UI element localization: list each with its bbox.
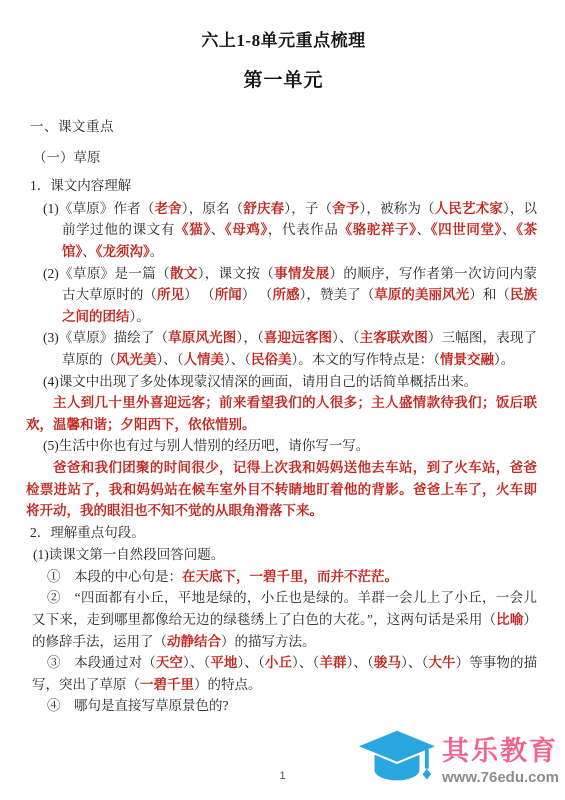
answer-text: 《四世同堂》: [431, 222, 502, 237]
answer-text: 民俗美: [251, 352, 292, 367]
document-page: 六上1-8单元重点梳理 第一单元 一、课文重点（一）草原1．课文内容理解(1)《…: [0, 0, 565, 800]
answer-text: 草原风光图: [168, 330, 236, 345]
body-text: ）、（: [332, 330, 359, 345]
numbered-heading: 2．理解重点句段。: [30, 522, 537, 544]
answer-text: 老舍: [154, 201, 181, 216]
body-text: 2．理解重点句段。: [30, 525, 145, 540]
list-item: (5)生活中你也有过与别人惜别的经历吧，请你写一写。: [30, 435, 537, 457]
answer-text: 主人到几十里外喜迎远客；前来看望我们的人很多；主人盛情款待我们；饭后联欢，温馨和…: [26, 395, 537, 432]
answer-text: 草原的美丽风光: [374, 287, 469, 302]
answer-text: 喜迎远客图: [264, 330, 332, 345]
answer-text: 人情美: [184, 352, 225, 367]
body-text: ），子（: [284, 201, 332, 216]
answer-text: 天空: [156, 655, 183, 670]
body-text: ）的描写方法。: [221, 634, 316, 649]
body-text: （一）草原: [33, 150, 101, 165]
body-text: ）和（: [469, 287, 510, 302]
sub-item: ③ 本段通过对（天空）、（平地）、（小丘）、（羊群）、（骏马）、（大牛）等事物的…: [30, 652, 537, 695]
body-text: ）、（: [157, 352, 184, 367]
list-item: (2)《草原》是一篇（散文），课文按（事情发展）的顺序，写作者第一次访问内蒙古大…: [30, 263, 537, 328]
answer-text: 风光美: [116, 352, 157, 367]
body-text: ）、（: [238, 655, 265, 670]
answer-text: 所见: [157, 287, 184, 302]
body-text: ）。: [130, 309, 150, 324]
sub-item: ④ 哪句是直接写草原景色的?: [30, 695, 537, 717]
section-heading: 一、课文重点: [30, 116, 537, 138]
list-item: (1)《草原》作者（老舍），原名（舒庆春），子（舍予），被称为（人民艺术家），以…: [30, 198, 537, 263]
answer-text: 小丘: [265, 655, 292, 670]
subsection-heading: （一）草原: [30, 147, 537, 169]
body-text: ）、（: [347, 655, 374, 670]
list-item: (3)《草原》描绘了（草原风光图），（喜迎远客图）、（主客联欢图）三幅图，表现了…: [30, 327, 537, 370]
body-text: (4)课文中出现了多处体现蒙汉情深的画面，请用自己的话简单概括出来。: [43, 374, 477, 389]
body-text: 、: [82, 244, 96, 259]
answer-text: 人民艺术家: [435, 201, 503, 216]
body-text: (3)《草原》描绘了（: [43, 330, 168, 345]
answer-text: 比喻: [496, 612, 523, 627]
body-text: ④ 哪句是直接写草原景色的?: [47, 698, 229, 713]
answer-paragraph: 主人到几十里外喜迎远客；前来看望我们的人很多；主人盛情款待我们；饭后联欢，温馨和…: [26, 392, 537, 435]
document-body: 一、课文重点（一）草原1．课文内容理解(1)《草原》作者（老舍），原名（舒庆春）…: [30, 116, 537, 717]
graduation-cap-icon: [358, 730, 436, 792]
body-text: ① 本段的中心句是：: [47, 569, 182, 584]
answer-text: 《骆驼祥子》: [339, 222, 417, 237]
body-text: ），课文按（: [198, 266, 274, 281]
answer-text: 动静结合: [167, 634, 221, 649]
answer-text: 骏马: [374, 655, 401, 670]
list-item: (4)课文中出现了多处体现蒙汉情深的画面，请用自己的话简单概括出来。: [30, 371, 537, 393]
body-text: ），赞美了（: [300, 287, 375, 302]
body-text: ）、（: [401, 655, 428, 670]
body-text: ），原名（: [182, 201, 244, 216]
body-text: ② “四面都有小丘，平地是绿的，小丘也是绿的。羊群一会儿上了小丘，一会儿又下来，…: [32, 590, 537, 627]
answer-text: 主客联欢图: [360, 330, 428, 345]
body-text: 一、课文重点: [30, 119, 114, 134]
answer-text: 大牛: [428, 655, 455, 670]
body-text: 1．课文内容理解: [30, 178, 131, 193]
logo-name: 其乐教育: [442, 738, 558, 765]
answer-text: 《猫》: [175, 222, 211, 237]
body-text: ）。: [494, 352, 514, 367]
body-text: (2)《草原》是一篇（: [43, 266, 170, 281]
list-item: (1)读课文第一自然段回答问题。: [30, 544, 537, 566]
body-text: 、: [502, 222, 516, 237]
body-text: (1)《草原》作者（: [43, 201, 154, 216]
logo-url: www.76edu.com: [442, 770, 559, 785]
answer-text: 散文: [170, 266, 198, 281]
body-text: ），（: [236, 330, 263, 345]
answer-text: 平地: [210, 655, 237, 670]
answer-text: 羊群: [319, 655, 346, 670]
body-text: ）的特点。: [194, 677, 262, 692]
watermark-logo: 其乐教育 www.76edu.com: [358, 730, 559, 792]
answer-text: 爸爸和我们团聚的时间很少，记得上次我和妈妈送他去车站，到了火车站，爸爸检票进站了…: [26, 460, 537, 518]
answer-text: 《龙须沟》: [96, 244, 150, 259]
sub-item: ① 本段的中心句是：在天底下，一碧千里，而并不茫茫。: [30, 566, 537, 588]
body-text: ③ 本段通过对（: [47, 655, 156, 670]
body-text: ）、（: [224, 352, 251, 367]
page-title: 六上1-8单元重点梳理: [30, 26, 537, 51]
body-text: ）、（: [183, 655, 210, 670]
body-text: (5)生活中你也有过与别人惜别的经历吧，请你写一写。: [43, 438, 369, 453]
body-text: ） （: [184, 287, 215, 302]
answer-text: 事情发展: [274, 266, 329, 281]
answer-text: 舍予: [332, 201, 359, 216]
body-text: ）、（: [292, 655, 319, 670]
body-text: ）。本文的写作特点是：（: [292, 352, 441, 367]
answer-text: 《母鸡》: [225, 222, 268, 237]
body-text: ，代表作品: [268, 222, 339, 237]
answer-text: 一碧千里: [140, 677, 194, 692]
body-text: 。: [150, 244, 164, 259]
answer-text: 情景交融: [440, 352, 494, 367]
body-text: 、: [211, 222, 225, 237]
page-subtitle: 第一单元: [30, 65, 537, 92]
body-text: ） （: [242, 287, 273, 302]
answer-text: 所闻: [215, 287, 242, 302]
body-text: 、: [417, 222, 431, 237]
body-text: ），被称为（: [359, 201, 434, 216]
answer-text: 所感: [272, 287, 299, 302]
body-text: (1)读课文第一自然段回答问题。: [33, 547, 224, 562]
numbered-heading: 1．课文内容理解: [30, 175, 537, 197]
logo-text: 其乐教育 www.76edu.com: [442, 738, 559, 785]
sub-item: ② “四面都有小丘，平地是绿的，小丘也是绿的。羊群一会儿上了小丘，一会儿又下来，…: [30, 587, 537, 652]
answer-paragraph: 爸爸和我们团聚的时间很少，记得上次我和妈妈送他去车站，到了火车站，爸爸检票进站了…: [26, 457, 537, 522]
answer-text: 舒庆春: [243, 201, 284, 216]
answer-text: 在天底下，一碧千里，而并不茫茫。: [182, 569, 398, 584]
